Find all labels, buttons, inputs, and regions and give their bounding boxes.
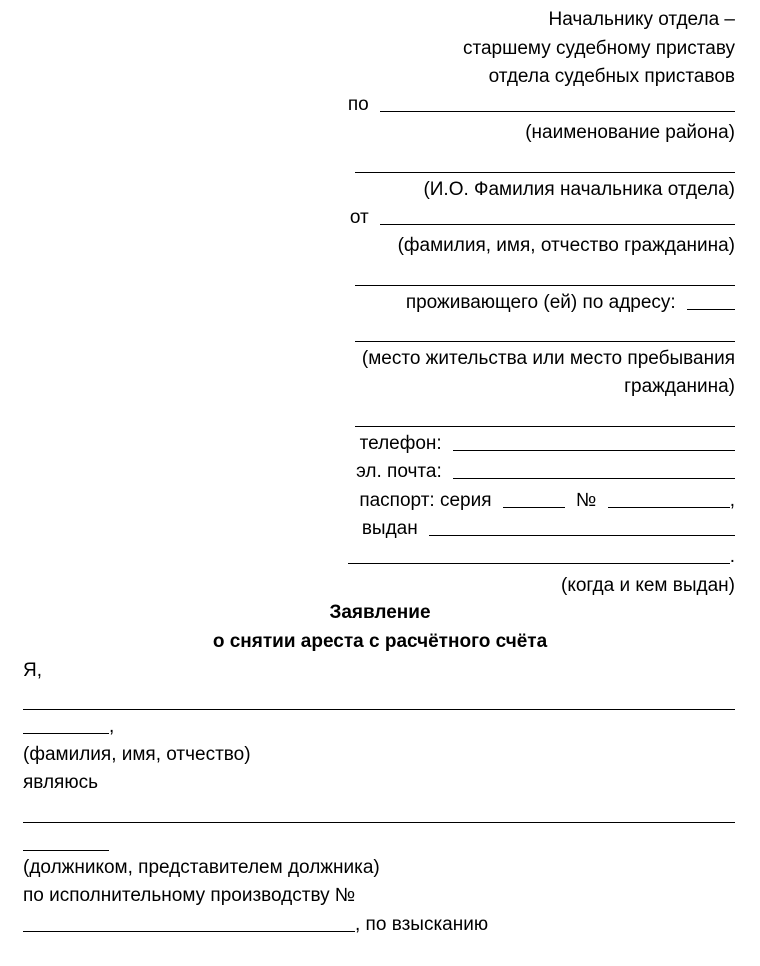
document-subtitle: о снятии ареста с расчётного счёта	[0, 631, 760, 653]
email-label: эл. почта:	[356, 461, 442, 482]
role-hint: (должником, представителем должника)	[23, 857, 380, 879]
phone-field[interactable]	[453, 450, 735, 451]
citizen-name-hint: (фамилия, имя, отчество гражданина)	[398, 235, 735, 257]
full-name-field[interactable]	[23, 709, 735, 710]
full-name-row-2: ,	[23, 716, 114, 738]
passport-comma: ,	[730, 490, 735, 511]
role-field-2[interactable]	[23, 850, 109, 851]
being-label: являюсь	[23, 772, 98, 794]
issued-field[interactable]	[429, 535, 735, 536]
issued-row-2: .	[348, 546, 735, 568]
address-hint-1: (место жительства или место пребывания	[362, 348, 735, 370]
passport-series-field[interactable]	[503, 507, 565, 508]
addressee-line-3: отдела судебных приставов	[489, 66, 735, 88]
district-field[interactable]	[380, 111, 735, 112]
full-name-field-2[interactable]	[23, 733, 109, 734]
head-name-field[interactable]	[355, 172, 735, 173]
addressee-line-2: старшему судебному приставу	[463, 38, 735, 60]
email-row: эл. почта:	[356, 461, 735, 483]
district-row: по	[348, 94, 735, 116]
address-hint-2: гражданина)	[624, 376, 735, 398]
from-label: от	[350, 207, 369, 228]
proceeding-row: , по взысканию	[23, 914, 488, 936]
passport-number-field[interactable]	[608, 507, 730, 508]
head-name-hint: (И.О. Фамилия начальника отдела)	[423, 179, 735, 201]
address-row: проживающего (ей) по адресу:	[406, 292, 735, 314]
citizen-name-field-2[interactable]	[355, 285, 735, 286]
phone-label: телефон:	[360, 433, 442, 454]
addressee-line-1: Начальнику отдела –	[549, 9, 735, 31]
issued-row: выдан	[362, 518, 735, 540]
issued-end: .	[730, 546, 735, 567]
proceeding-label: по исполнительному производству №	[23, 885, 355, 907]
role-field[interactable]	[23, 822, 735, 823]
recovery-label: , по взысканию	[355, 914, 488, 935]
issued-label: выдан	[362, 518, 418, 539]
address-field-3[interactable]	[355, 426, 735, 427]
proceeding-number-field[interactable]	[23, 931, 355, 932]
passport-label: паспорт: серия	[359, 490, 491, 511]
from-row: от	[350, 207, 735, 229]
issued-hint: (когда и кем выдан)	[561, 575, 735, 597]
name-hint: (фамилия, имя, отчество)	[23, 744, 251, 766]
name-comma: ,	[109, 716, 114, 737]
issued-field-2[interactable]	[348, 563, 730, 564]
passport-number-label: №	[576, 490, 596, 511]
address-label: проживающего (ей) по адресу:	[406, 292, 676, 313]
citizen-name-field[interactable]	[380, 224, 735, 225]
document-title: Заявление	[0, 602, 760, 624]
passport-row: паспорт: серия № ,	[359, 490, 735, 512]
address-field[interactable]	[687, 309, 735, 310]
po-label: по	[348, 94, 369, 115]
district-hint: (наименование района)	[525, 122, 735, 144]
address-field-2[interactable]	[355, 341, 735, 342]
phone-row: телефон:	[360, 433, 735, 455]
email-field[interactable]	[453, 478, 735, 479]
i-label: Я,	[23, 660, 42, 682]
